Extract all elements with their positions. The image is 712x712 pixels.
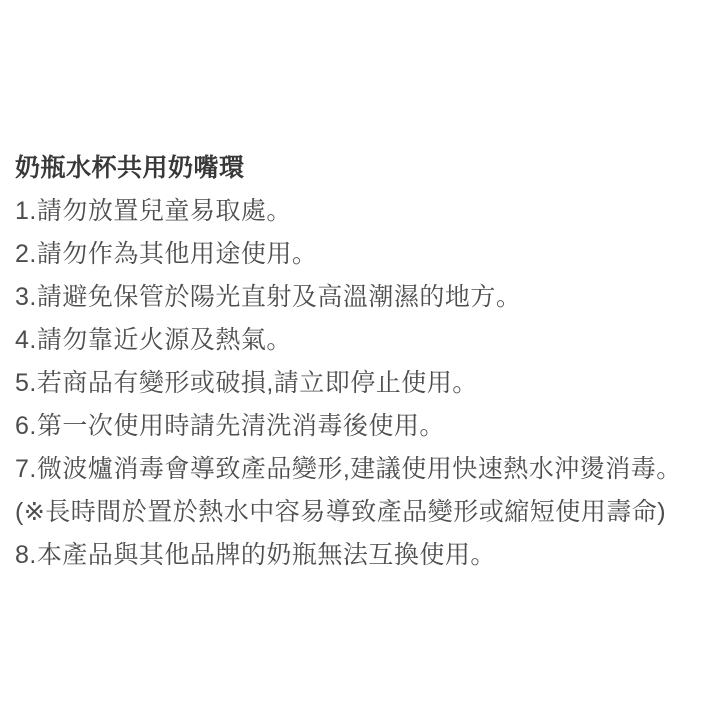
instruction-line-4: 4.請勿靠近火源及熱氣。: [15, 319, 708, 362]
instruction-line-8: 8.本產品與其他品牌的奶瓶無法互換使用。: [15, 534, 708, 577]
instruction-line-3: 3.請避免保管於陽光直射及高溫潮濕的地方。: [15, 276, 708, 319]
instruction-line-1: 1.請勿放置兒童易取處。: [15, 190, 708, 233]
instruction-line-5: 5.若商品有變形或破損,請立即停止使用。: [15, 362, 708, 405]
instruction-line-6: 6.第一次使用時請先清洗消毒後使用。: [15, 405, 708, 448]
instruction-text-block: 奶瓶水杯共用奶嘴環 1.請勿放置兒童易取處。 2.請勿作為其他用途使用。 3.請…: [15, 147, 708, 577]
instruction-page: 奶瓶水杯共用奶嘴環 1.請勿放置兒童易取處。 2.請勿作為其他用途使用。 3.請…: [0, 0, 712, 712]
instruction-note: (※長時間於置於熱水中容易導致產品變形或縮短使用壽命): [15, 491, 708, 534]
product-title: 奶瓶水杯共用奶嘴環: [15, 147, 708, 190]
instruction-line-2: 2.請勿作為其他用途使用。: [15, 233, 708, 276]
instruction-line-7: 7.微波爐消毒會導致產品變形,建議使用快速熱水沖燙消毒。: [15, 448, 708, 491]
